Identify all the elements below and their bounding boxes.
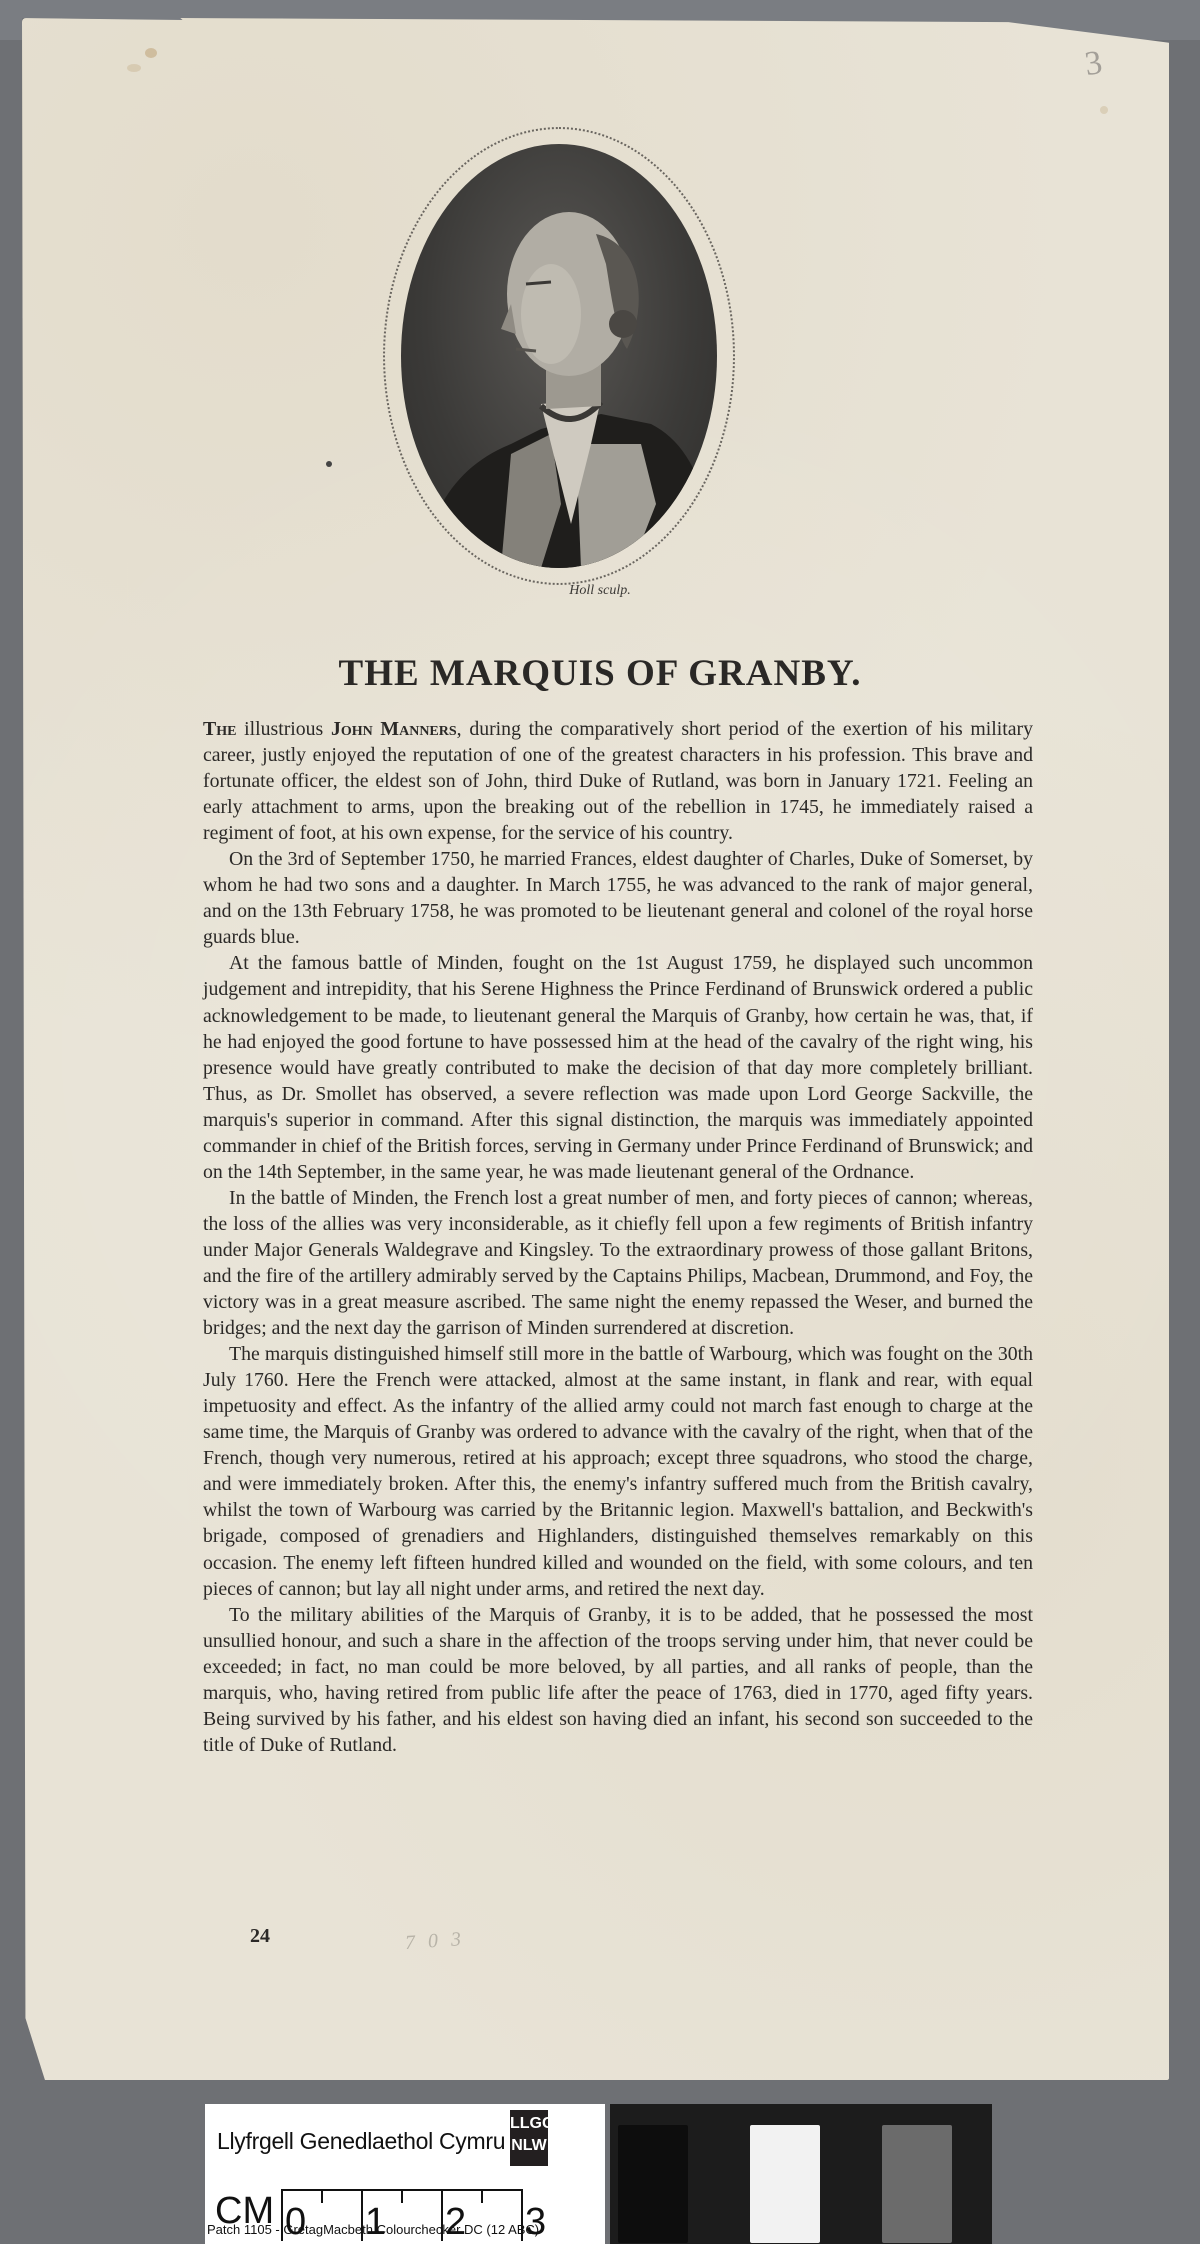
foxing-spot	[145, 48, 157, 58]
ruler-tick	[321, 2189, 323, 2203]
patch-caption: Patch 1105 - GretagMacbeth Colourchecker…	[207, 2222, 539, 2237]
lead-word: The	[203, 718, 236, 740]
paragraph-4: In the battle of Minden, the French lost…	[203, 1185, 1033, 1341]
portrait-figure-icon	[401, 144, 717, 568]
page-number: 24	[250, 1925, 270, 1948]
page-title: THE MARQUIS OF GRANBY.	[0, 652, 1200, 695]
ruler-tick	[481, 2189, 483, 2203]
paragraph-6: To the military abilities of the Marquis…	[203, 1602, 1033, 1758]
library-name: Llyfrgell Genedlaethol Cymru	[217, 2128, 505, 2155]
logo-line-2: NLW	[510, 2135, 548, 2157]
foxing-spot	[127, 64, 141, 72]
paragraph-text: illustrious	[236, 718, 331, 740]
portrait-engraving	[401, 144, 717, 568]
colour-target-label: Llyfrgell Genedlaethol Cymru LLGC NLW CM…	[205, 2104, 605, 2244]
paragraph-3: At the famous battle of Minden, fought o…	[203, 950, 1033, 1184]
portrait-frame	[383, 127, 735, 585]
engraver-credit: Holl sculp.	[0, 583, 1200, 599]
foxing-spot	[1100, 106, 1108, 114]
paragraph-5: The marquis distinguished himself still …	[203, 1341, 1033, 1601]
patch-grey	[882, 2125, 952, 2243]
patch-black	[618, 2125, 688, 2243]
pencil-annotation: 7 0 3	[404, 1928, 465, 1955]
ruler-tick	[401, 2189, 403, 2203]
paragraph-2: On the 3rd of September 1750, he married…	[203, 846, 1033, 950]
logo-line-1: LLGC	[510, 2113, 548, 2135]
paragraph-1: The illustrious John Manners, during the…	[203, 716, 1033, 846]
ink-dot	[326, 461, 332, 467]
biography-text: The illustrious John Manners, during the…	[203, 716, 1033, 1758]
patch-white	[750, 2125, 820, 2243]
llgc-nlw-logo: LLGC NLW	[510, 2110, 548, 2166]
colour-checker	[610, 2104, 992, 2244]
subject-name: John Manners	[331, 718, 457, 740]
